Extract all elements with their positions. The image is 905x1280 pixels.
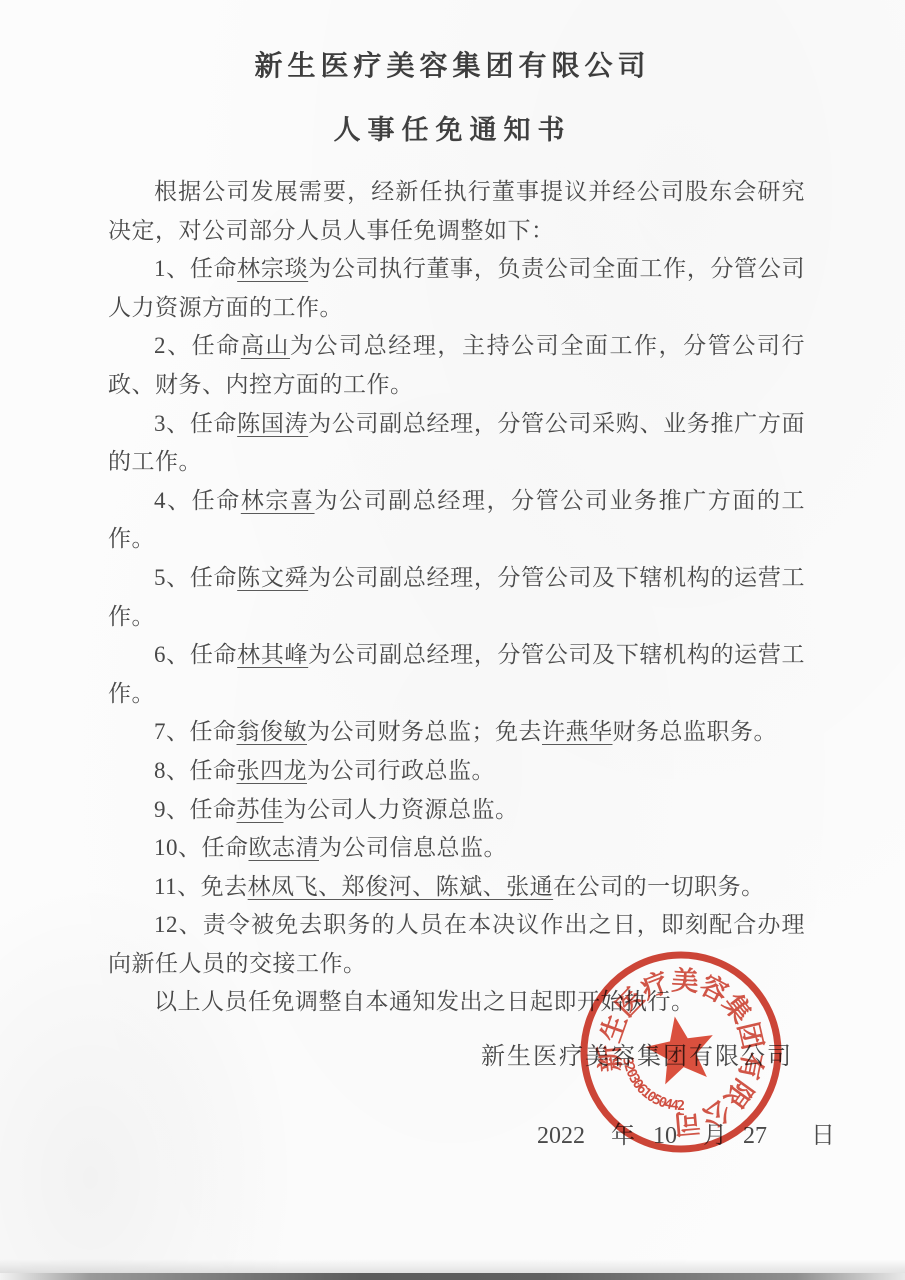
paragraph-text: 7、任命: [154, 719, 237, 744]
person-name: 林凤飞、郑俊河、陈斌、张通: [248, 874, 554, 899]
paragraph-text: 1、任命: [154, 256, 237, 281]
paragraph-text: 8、任命: [154, 758, 237, 783]
person-name: 高山: [241, 333, 290, 358]
person-name: 陈文舜: [237, 565, 308, 590]
notice-body: 根据公司发展需要，经新任执行董事提议并经公司股东会研究决定，对公司部分人员人事任…: [108, 173, 805, 1022]
person-name: 林宗琰: [237, 256, 308, 281]
paragraph-text: 在公司的一切职务。: [553, 874, 765, 899]
notice-paragraph: 7、任命翁俊敏为公司财务总监；免去许燕华财务总监职务。: [108, 713, 805, 752]
document-photo: 新生医疗美容集团有限公司 人事任免通知书 根据公司发展需要，经新任执行董事提议并…: [0, 0, 905, 1280]
page-bottom-shadow: [0, 1259, 905, 1273]
person-name: 苏佳: [237, 797, 284, 822]
notice-paragraph: 4、任命林宗喜为公司副总经理，分管公司业务推广方面的工作。: [108, 482, 805, 559]
notice-paragraph: 1、任命林宗琰为公司执行董事，负责公司全面工作，分管公司人力资源方面的工作。: [108, 250, 805, 327]
notice-paragraph: 5、任命陈文舜为公司副总经理，分管公司及下辖机构的运营工作。: [108, 559, 805, 636]
seal-star-icon: [641, 1011, 720, 1087]
person-name: 陈国涛: [237, 411, 308, 436]
paragraph-text: 为公司信息总监。: [319, 835, 507, 860]
paragraph-text: 11、免去: [154, 874, 248, 899]
notice-paragraph: 2、任命高山为公司总经理，主持公司全面工作，分管公司行政、财务、内控方面的工作。: [108, 327, 805, 404]
paragraph-text: 财务总监职务。: [613, 719, 778, 744]
paragraph-text: 根据公司发展需要，经新任执行董事提议并经公司股东会研究决定，对公司部分人员人事任…: [108, 179, 805, 243]
paragraph-text: 2、任命: [154, 333, 241, 358]
paragraph-text: 9、任命: [154, 797, 237, 822]
paragraph-text: 6、任命: [154, 642, 237, 667]
seal-serial-digit: 2: [677, 1098, 685, 1114]
person-name: 许燕华: [542, 719, 613, 744]
person-name: 张四龙: [237, 758, 308, 783]
notice-page: 新生医疗美容集团有限公司 人事任免通知书 根据公司发展需要，经新任执行董事提议并…: [0, 0, 905, 1280]
notice-paragraph: 11、免去林凤飞、郑俊河、陈斌、张通在公司的一切职务。: [108, 868, 805, 907]
company-seal-graphic: 新生医疗美容集团有限公司 3203061050442: [566, 937, 796, 1167]
company-seal: 新生医疗美容集团有限公司 3203061050442: [566, 937, 796, 1167]
paragraph-text: 10、任命: [154, 835, 249, 860]
person-name: 林其峰: [237, 642, 308, 667]
company-title: 新生医疗美容集团有限公司: [0, 44, 905, 84]
paragraph-text: 为公司行政总监。: [307, 758, 495, 783]
paragraph-text: 为公司人力资源总监。: [284, 797, 519, 822]
date-day-label: 日: [811, 1115, 835, 1150]
notice-paragraph: 6、任命林其峰为公司副总经理，分管公司及下辖机构的运营工作。: [108, 636, 805, 713]
notice-paragraph: 3、任命陈国涛为公司副总经理，分管公司采购、业务推广方面的工作。: [108, 405, 805, 482]
paragraph-text: 4、任命: [154, 488, 241, 513]
photo-bottom-edge: [0, 1273, 905, 1280]
notice-paragraph: 10、任命欧志清为公司信息总监。: [108, 829, 805, 868]
notice-paragraph: 根据公司发展需要，经新任执行董事提议并经公司股东会研究决定，对公司部分人员人事任…: [108, 173, 805, 250]
person-name: 欧志清: [249, 835, 320, 860]
notice-paragraph: 9、任命苏佳为公司人力资源总监。: [108, 791, 805, 830]
paragraph-text: 为公司财务总监；免去: [307, 719, 542, 744]
notice-title: 人事任免通知书: [0, 108, 905, 147]
seal-ring-char: 美: [671, 965, 700, 996]
paragraph-text: 3、任命: [154, 411, 237, 436]
seal-ring-char: 团: [732, 1019, 767, 1052]
person-name: 林宗喜: [241, 488, 315, 513]
notice-paragraph: 8、任命张四龙为公司行政总监。: [108, 752, 805, 791]
person-name: 翁俊敏: [237, 719, 308, 744]
paragraph-text: 5、任命: [154, 565, 237, 590]
